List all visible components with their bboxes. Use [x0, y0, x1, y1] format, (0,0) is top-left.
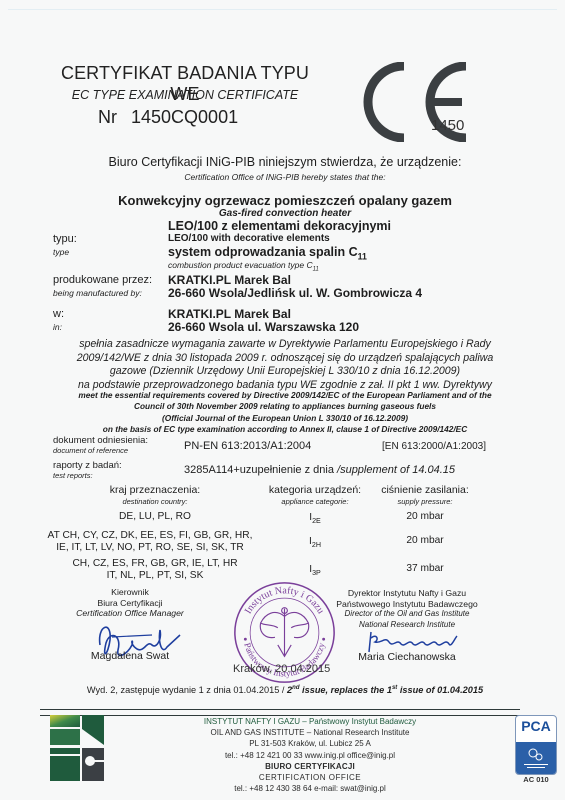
location-label-en: in: — [53, 322, 62, 332]
header-supply-pressure: ciśnienie zasilania: — [370, 484, 480, 496]
manufacturer-label-en: being manufactured by: — [53, 288, 142, 298]
pressure-cell: 20 mbar — [370, 535, 480, 547]
test-reports-value: 3285A114+uzupełnienie z dnia /supplement… — [184, 464, 455, 476]
product-name-en: Gas-fired convection heater — [40, 208, 530, 219]
header-appliance-category-en: appliance categorie: — [260, 497, 370, 506]
header-appliance-category: kategoria urządzeń: — [260, 484, 370, 496]
type-label-en: type — [53, 247, 69, 257]
manufacturer-label-pl: produkowane przez: — [53, 274, 152, 286]
certificate-subtitle: EC TYPE EXAMINATION CERTIFICATE — [60, 88, 310, 102]
location-name: KRATKI.PL Marek Bal — [168, 307, 291, 321]
top-border-line — [8, 9, 557, 10]
issue-note: Wyd. 2, zastępuje wydanie 1 z dnia 01.04… — [40, 685, 530, 695]
nr-value: 1450CQ0001 — [131, 107, 238, 127]
reference-value: PN-EN 613:2013/A1:2004 — [184, 440, 311, 452]
signature-right-block: Dyrektor Instytutu Nafty i Gazu Państwow… — [322, 588, 492, 630]
certificate-number: Nr1450CQ0001 — [98, 107, 238, 128]
header-destination-country: kraj przeznaczenia: — [55, 484, 255, 496]
product-name-pl: Konwekcyjny ogrzewacz pomieszczeń opalan… — [40, 193, 530, 208]
reference-label-pl: dokument odniesienia: — [53, 435, 148, 446]
footer-address: INSTYTUT NAFTY I GAZU – Państwowy Instyt… — [180, 716, 440, 794]
category-cell: I2H — [260, 536, 370, 552]
type-line2-en: combustion product evacuation type C11 — [168, 260, 319, 273]
reference-value-en: [EN 613:2000/A1:2003] — [382, 441, 486, 452]
ce-notified-body-number: 1450 — [431, 117, 464, 134]
pca-label: PCA — [516, 716, 556, 742]
type-label-pl: typu: — [53, 233, 77, 245]
nr-label: Nr — [98, 107, 117, 127]
directive-pl: spełnia zasadnicze wymagania zawarte w D… — [40, 338, 530, 392]
table-row: CH, CZ, ES, FR, GB, GR, IE, LT, HRIT, NL… — [55, 558, 255, 581]
footer-divider — [40, 709, 520, 716]
category-cell: I3P — [260, 564, 370, 580]
inig-logo-icon — [50, 715, 104, 781]
pressure-cell: 37 mbar — [370, 563, 480, 575]
table-row: AT CH, CY, CZ, DK, EE, ES, FI, GB, GR, H… — [40, 530, 260, 553]
directive-en: meet the essential requirements covered … — [40, 390, 530, 435]
pca-accreditation-badge: PCA — [515, 715, 557, 775]
place-date: Kraków, 20.04.2015 — [233, 663, 330, 675]
header-destination-country-en: destination country: — [55, 497, 255, 506]
statement-en: Certification Office of INiG-PIB hereby … — [40, 172, 530, 182]
test-reports-label-pl: raporty z badań: — [53, 460, 122, 471]
category-cell: I2E — [260, 512, 370, 528]
pca-gears-icon — [516, 742, 556, 774]
statement-pl: Biuro Certyfikacji INiG-PIB niniejszym s… — [40, 155, 530, 169]
test-reports-label-en: test reports: — [53, 471, 93, 480]
table-row: DE, LU, PL, RO — [55, 511, 255, 523]
reference-label-en: document of reference — [53, 446, 128, 455]
manufacturer-name: KRATKI.PL Marek Bal — [168, 273, 291, 287]
signature-left-name: Magdalena Swat — [60, 650, 200, 662]
type-line1-pl: LEO/100 z elementami dekoracyjnymi — [168, 219, 391, 233]
pressure-cell: 20 mbar — [370, 511, 480, 523]
type-line1-en: LEO/100 with decorative elements — [168, 233, 330, 244]
pca-code: AC 010 — [515, 775, 557, 784]
signature-left-block: Kierownik Biura Certyfikacji Certificati… — [60, 587, 200, 619]
manufacturer-address: 26-660 Wsola/Jedlińsk ul. W. Gombrowicza… — [168, 286, 422, 300]
signature-right-name: Maria Ciechanowska — [322, 651, 492, 663]
header-supply-pressure-en: supply pressure: — [370, 497, 480, 506]
location-address: 26-660 Wsola ul. Warszawska 120 — [168, 320, 359, 334]
location-label-pl: w: — [53, 308, 64, 320]
